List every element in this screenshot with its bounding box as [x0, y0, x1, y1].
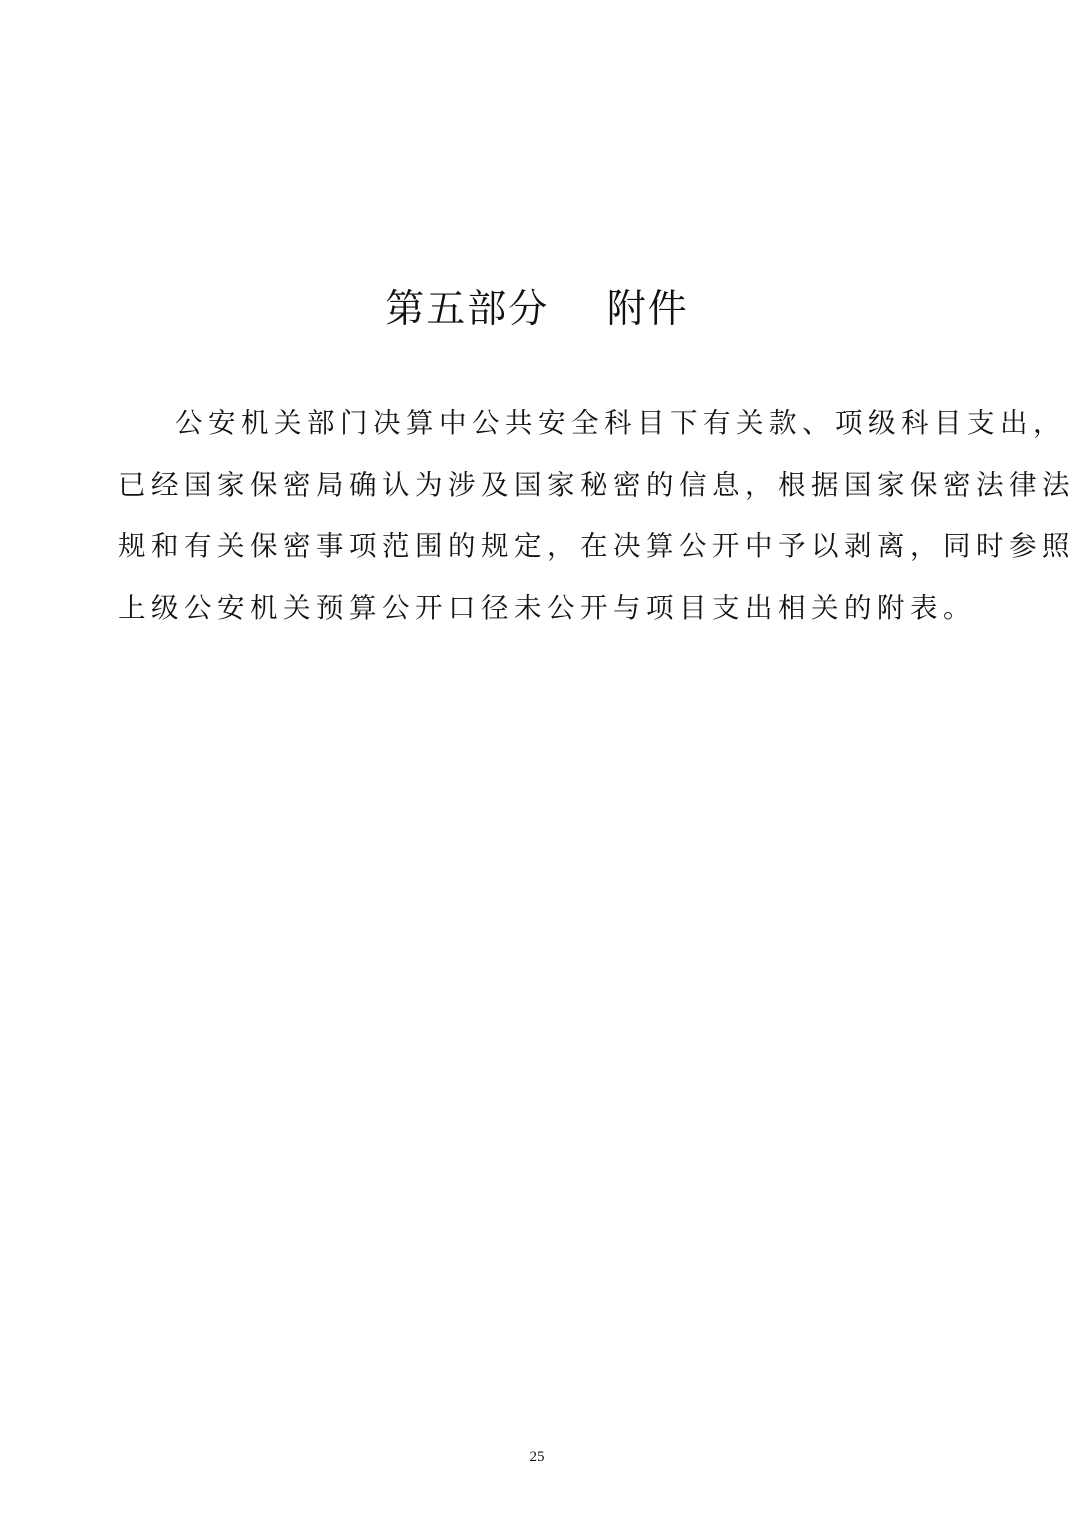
- section-title: 第五部分 附件: [0, 283, 1074, 337]
- body-paragraph: 公安机关部门决算中公共安全科目下有关款、项级科目支出， 已经国家保密局确认为涉及…: [118, 393, 960, 639]
- paragraph-line-4: 上级公安机关预算公开口径未公开与项目支出相关的附表。: [118, 578, 960, 640]
- page-number: 25: [0, 1447, 1074, 1467]
- document-page: 第五部分 附件 公安机关部门决算中公共安全科目下有关款、项级科目支出， 已经国家…: [0, 0, 1074, 1520]
- paragraph-line-2: 已经国家保密局确认为涉及国家秘密的信息，根据国家保密法律法: [118, 455, 960, 517]
- paragraph-line-1: 公安机关部门决算中公共安全科目下有关款、项级科目支出，: [118, 393, 960, 455]
- paragraph-line-3: 规和有关保密事项范围的规定，在决算公开中予以剥离，同时参照: [118, 516, 960, 578]
